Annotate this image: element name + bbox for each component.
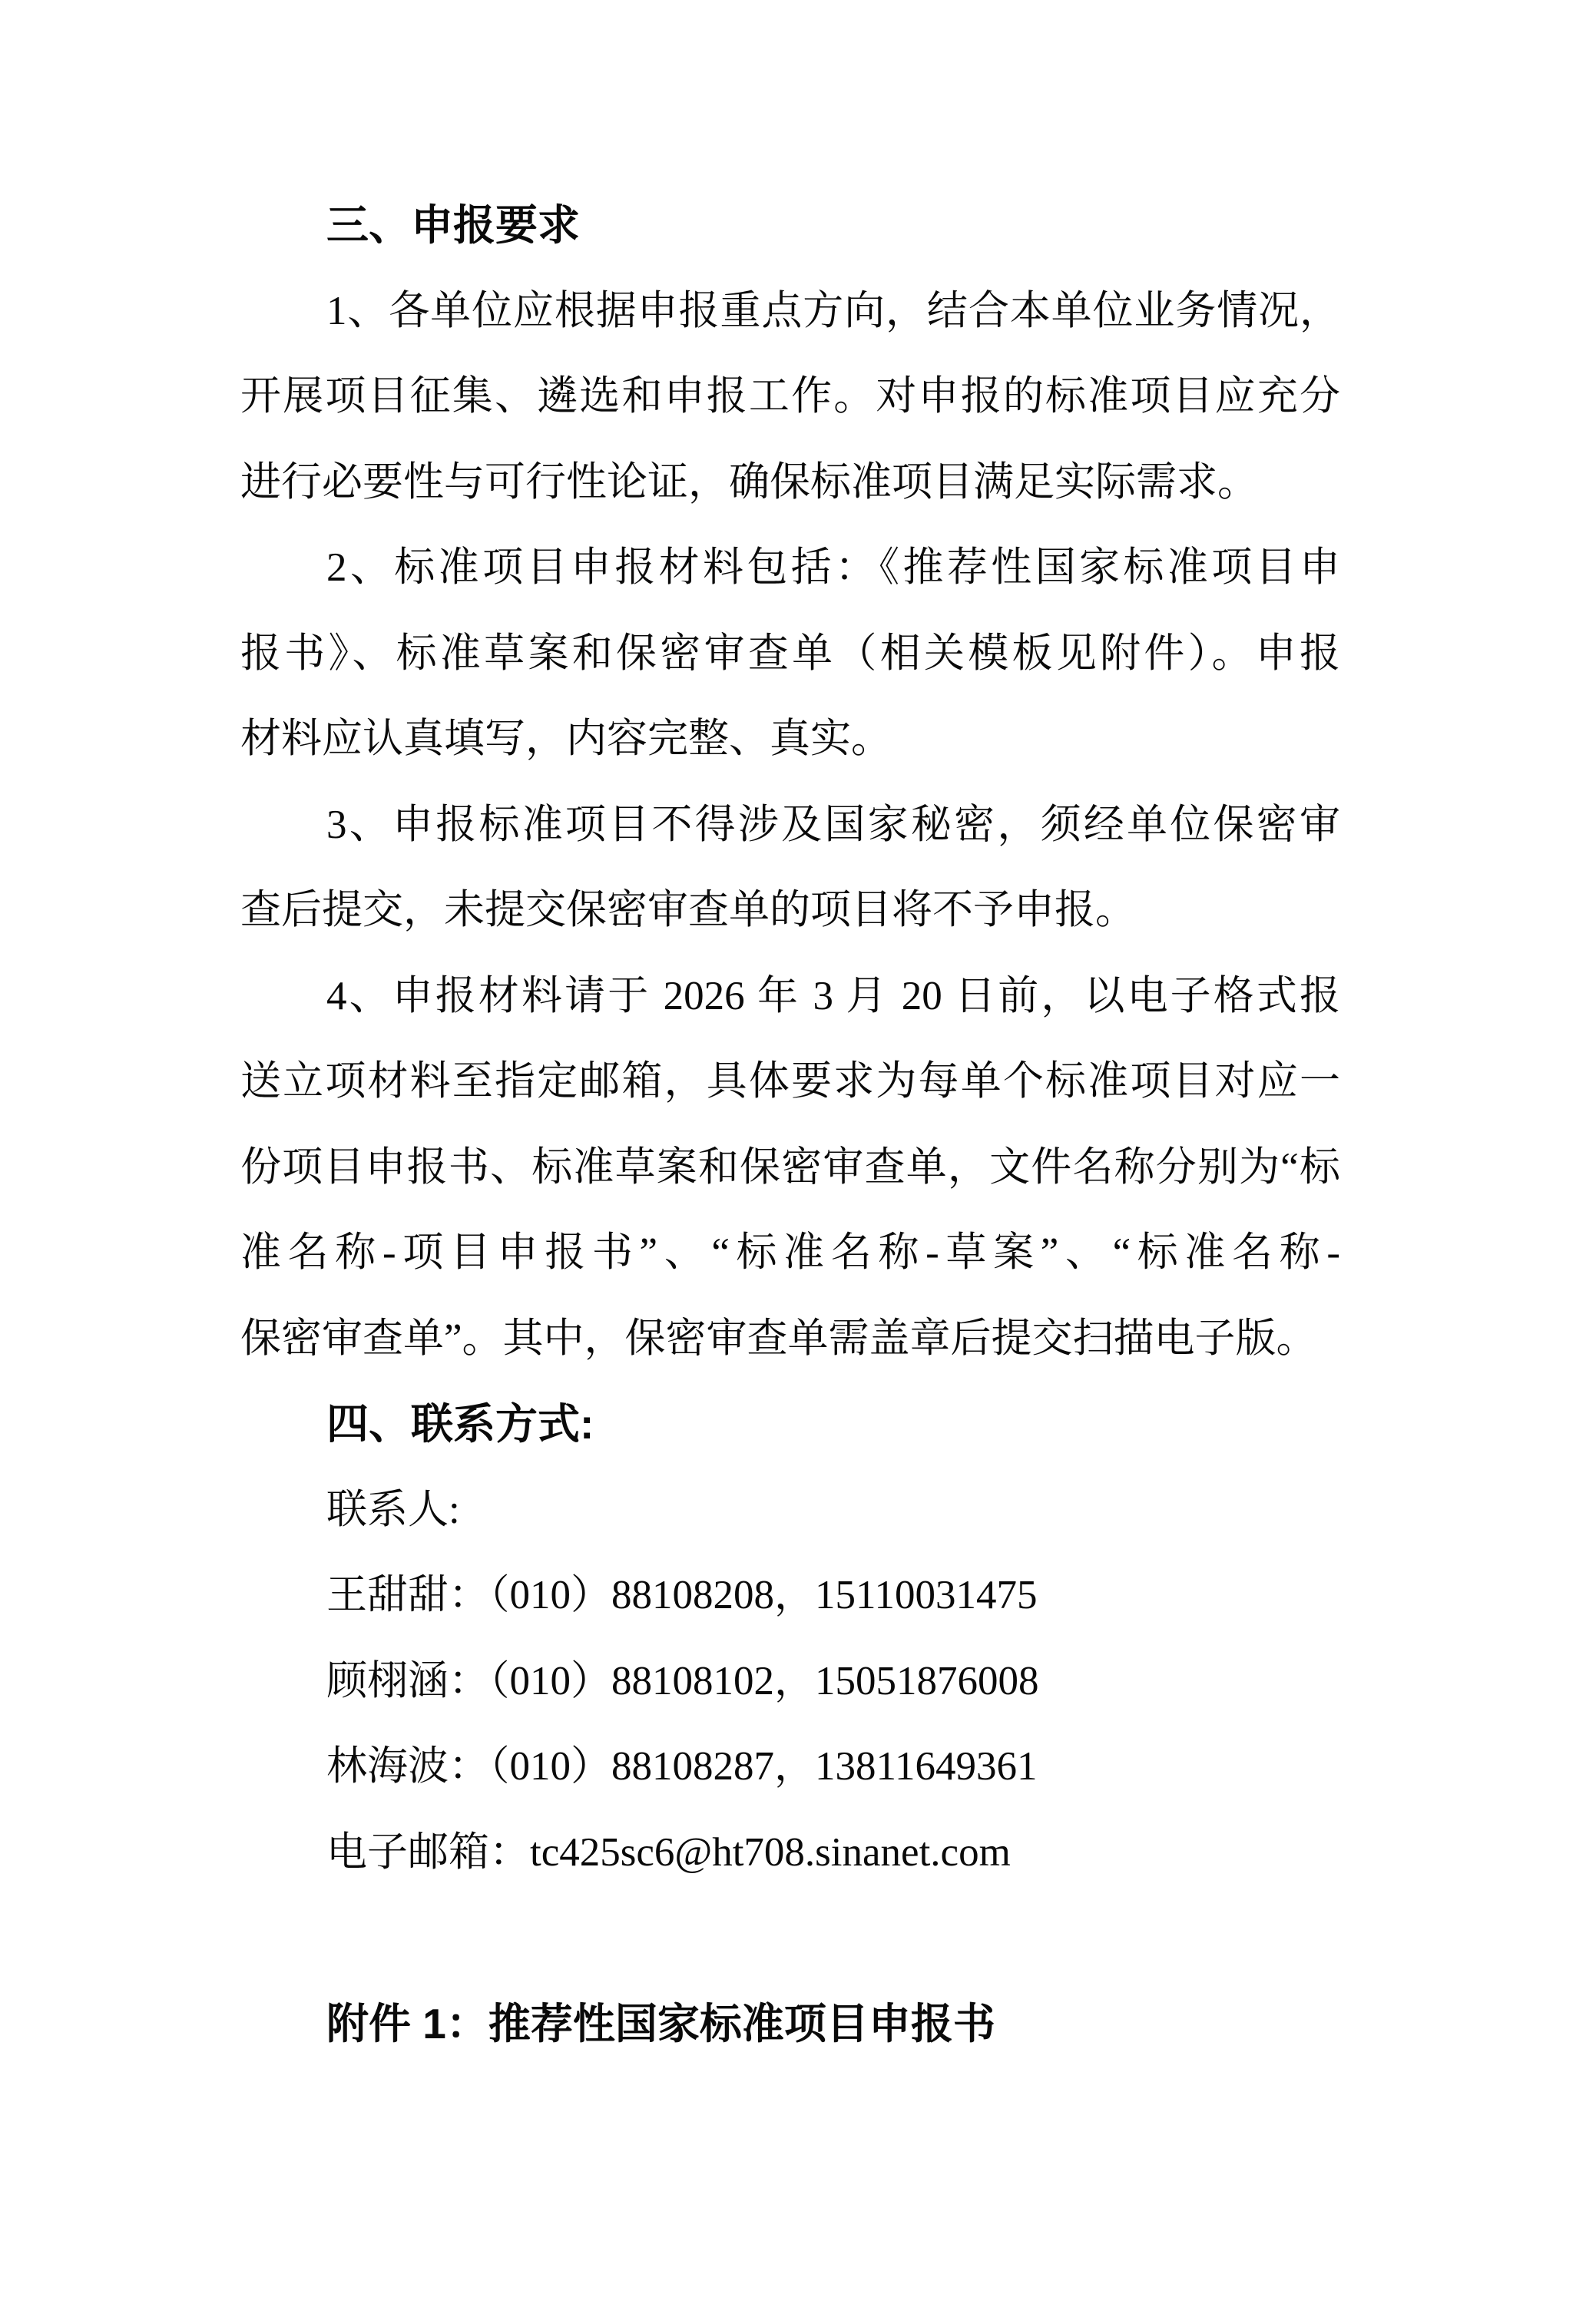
item-4-line-4: 准名称-项目申报书”、“标准名称-草案”、“标准名称-: [240, 1210, 1340, 1296]
item-3-line-2: 查后提交，未提交保密审查单的项目将不予申报。: [240, 868, 1340, 954]
section-4-heading: 四、联系方式:: [240, 1382, 1340, 1468]
item-1-line-2: 开展项目征集、遴选和申报工作。对申报的标准项目应充分: [240, 354, 1340, 440]
item-2-line-3: 材料应认真填写，内容完整、真实。: [240, 697, 1340, 783]
item-4-line-1: 4、申报材料请于 2026 年 3 月 20 日前，以电子格式报: [240, 954, 1340, 1040]
item-4-line-5: 保密审查单”。其中，保密审查单需盖章后提交扫描电子版。: [240, 1296, 1340, 1382]
item-1-line-3: 进行必要性与可行性论证，确保标准项目满足实际需求。: [240, 440, 1340, 526]
email-line: 电子邮箱：tc425sc6@ht708.sinanet.com: [240, 1810, 1340, 1896]
item-4-line-2: 送立项材料至指定邮箱，具体要求为每单个标准项目对应一: [240, 1039, 1340, 1125]
attachment-1-line: 附件 1：推荐性国家标准项目申报书: [240, 1981, 1340, 2067]
item-1-line-1: 1、各单位应根据申报重点方向，结合本单位业务情况，: [240, 269, 1340, 355]
item-3-line-1: 3、申报标准项目不得涉及国家秘密，须经单位保密审: [240, 783, 1340, 869]
contact-3: 林海波：（010）88108287，13811649361: [240, 1724, 1340, 1810]
blank-line: [240, 1895, 1340, 1981]
section-3-heading: 三、申报要求: [240, 183, 1340, 269]
contact-1: 王甜甜：（010）88108208，15110031475: [240, 1553, 1340, 1639]
contacts-label: 联系人:: [240, 1468, 1340, 1554]
item-2-line-1: 2、标准项目申报材料包括：《推荐性国家标准项目申: [240, 525, 1340, 611]
contact-2: 顾栩涵：（010）88108102，15051876008: [240, 1639, 1340, 1725]
item-2-line-2: 报书》、标准草案和保密审查单（相关模板见附件）。申报: [240, 611, 1340, 697]
document-lines: 三、申报要求1、各单位应根据申报重点方向，结合本单位业务情况，开展项目征集、遴选…: [240, 183, 1340, 2067]
document-page: 三、申报要求1、各单位应根据申报重点方向，结合本单位业务情况，开展项目征集、遴选…: [0, 0, 1596, 2304]
item-4-line-3: 份项目申报书、标准草案和保密审查单，文件名称分别为“标: [240, 1125, 1340, 1211]
